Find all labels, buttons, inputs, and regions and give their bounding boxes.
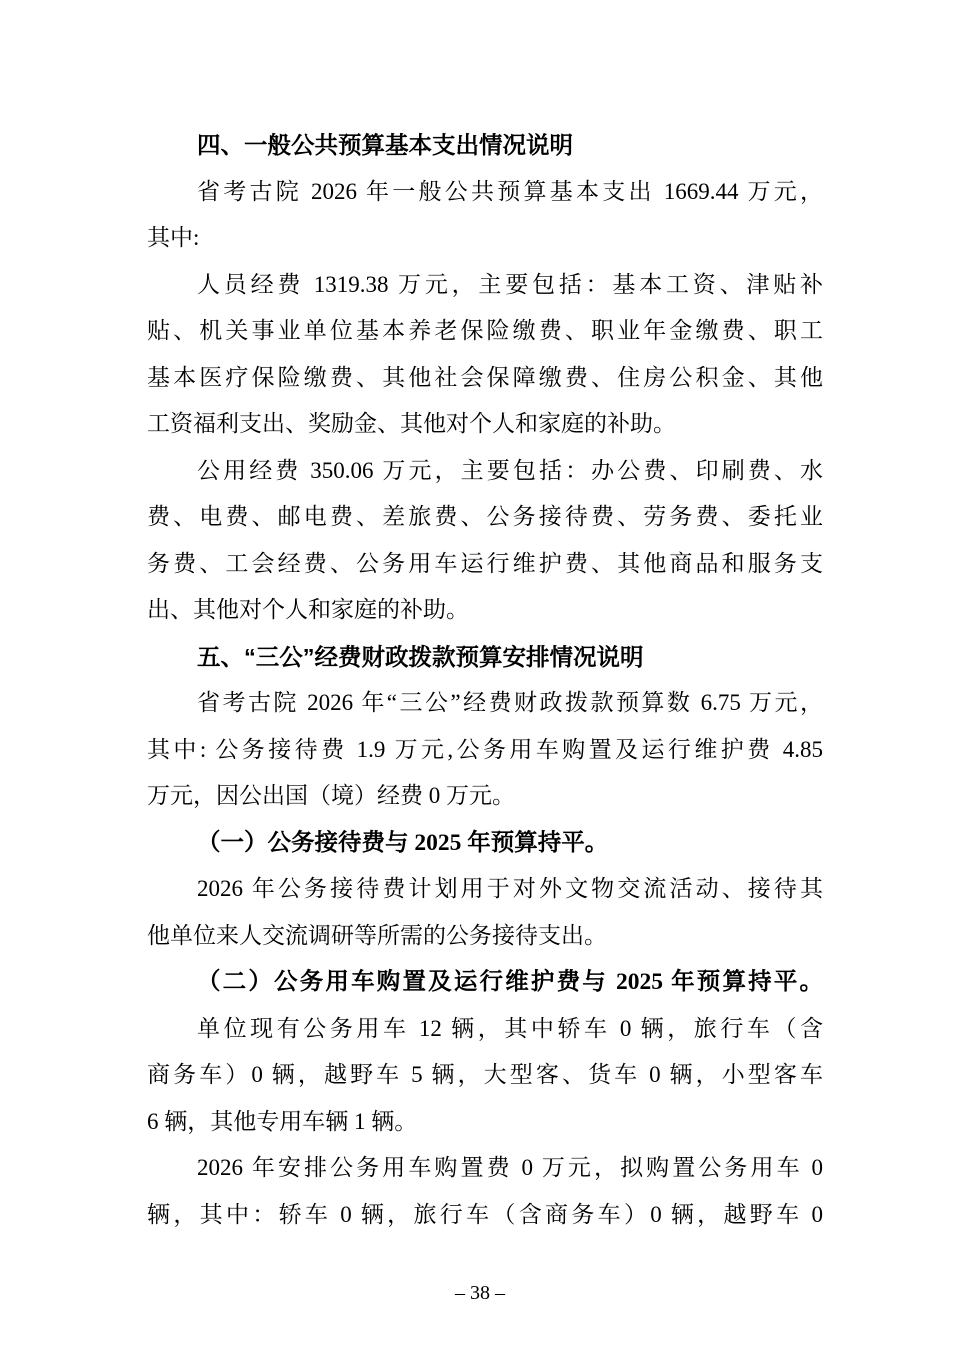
paragraph-line: 万元，因公出国（境）经费 0 万元。	[147, 773, 823, 820]
paragraph-line: 贴、机关事业单位基本养老保险缴费、职业年金缴费、职工	[147, 308, 823, 355]
paragraph-line: 出、其他对个人和家庭的补助。	[147, 587, 823, 634]
paragraph-line: 基本医疗保险缴费、其他社会保障缴费、住房公积金、其他	[147, 355, 823, 402]
paragraph-line: 辆，其中：轿车 0 辆，旅行车（含商务车）0 辆，越野车 0	[147, 1192, 823, 1239]
paragraph-line: 人员经费 1319.38 万元，主要包括：基本工资、津贴补	[147, 262, 823, 309]
paragraph-line: 2026 年安排公务用车购置费 0 万元，拟购置公务用车 0	[147, 1145, 823, 1192]
subsection2-heading: （二）公务用车购置及运行维护费与 2025 年预算持平。	[147, 959, 823, 1006]
paragraph-line: 公用经费 350.06 万元，主要包括：办公费、印刷费、水	[147, 448, 823, 495]
paragraph-line: 其中:	[147, 215, 823, 262]
document-page: 四、一般公共预算基本支出情况说明 省考古院 2026 年一般公共预算基本支出 1…	[0, 0, 960, 1357]
section5-heading: 五、“三公”经费财政拨款预算安排情况说明	[147, 634, 823, 681]
page-content: 四、一般公共预算基本支出情况说明 省考古院 2026 年一般公共预算基本支出 1…	[147, 122, 823, 1238]
paragraph-line: 省考古院 2026 年一般公共预算基本支出 1669.44 万元，	[147, 169, 823, 216]
paragraph-line: 单位现有公务用车 12 辆，其中轿车 0 辆，旅行车（含	[147, 1006, 823, 1053]
paragraph-line: 省考古院 2026 年“三公”经费财政拨款预算数 6.75 万元，	[147, 680, 823, 727]
subsection1-heading: （一）公务接待费与 2025 年预算持平。	[147, 820, 823, 867]
paragraph-line: 务费、工会经费、公务用车运行维护费、其他商品和服务支	[147, 541, 823, 588]
paragraph-line: 2026 年公务接待费计划用于对外文物交流活动、接待其	[147, 866, 823, 913]
section4-heading: 四、一般公共预算基本支出情况说明	[147, 122, 823, 169]
paragraph-line: 工资福利支出、奖励金、其他对个人和家庭的补助。	[147, 401, 823, 448]
paragraph-line: 他单位来人交流调研等所需的公务接待支出。	[147, 913, 823, 960]
page-number: – 38 –	[0, 1281, 960, 1305]
paragraph-line: 费、电费、邮电费、差旅费、公务接待费、劳务费、委托业	[147, 494, 823, 541]
paragraph-line: 商务车）0 辆，越野车 5 辆，大型客、货车 0 辆，小型客车	[147, 1052, 823, 1099]
paragraph-line: 6 辆，其他专用车辆 1 辆。	[147, 1099, 823, 1146]
paragraph-line: 其中: 公务接待费 1.9 万元,公务用车购置及运行维护费 4.85	[147, 727, 823, 774]
